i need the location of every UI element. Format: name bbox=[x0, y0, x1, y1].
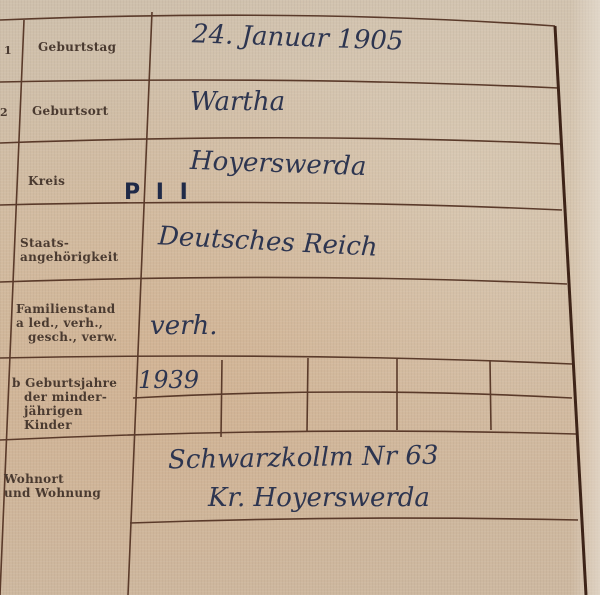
label-marital-line-1: Familienstand bbox=[16, 302, 117, 316]
row-number-2: 2 bbox=[0, 106, 8, 119]
label-citizenship-line-2: angehörigkeit bbox=[20, 250, 118, 264]
label-residence-line-2: und Wohnung bbox=[4, 486, 101, 500]
label-marital-line-2: a led., verh., bbox=[16, 316, 117, 330]
label-birth-place: Geburtsort bbox=[32, 104, 109, 118]
label-children-birth-years: b Geburtsjahre der minder- jährigen Kind… bbox=[12, 376, 117, 432]
ink-stamp-mark: P I I bbox=[124, 180, 192, 205]
value-birth-place: Wartha bbox=[190, 88, 285, 116]
label-children-line-3: jährigen bbox=[12, 404, 117, 418]
label-children-line-4: Kinder bbox=[12, 418, 117, 432]
value-district: Hoyerswerda bbox=[190, 147, 367, 181]
label-district: Kreis bbox=[28, 174, 65, 188]
label-children-line-2: der minder- bbox=[12, 390, 117, 404]
value-marital-status: verh. bbox=[150, 312, 218, 340]
value-child-birth-year-1: 1939 bbox=[138, 366, 199, 394]
label-birth-date: Geburtstag bbox=[38, 40, 116, 54]
label-residence: Wohnort und Wohnung bbox=[4, 472, 101, 500]
label-citizenship: Staats- angehörigkeit bbox=[20, 236, 118, 264]
label-children-line-1: b Geburtsjahre bbox=[12, 376, 117, 390]
value-residence-line-2: Kr. Hoyerswerda bbox=[208, 484, 430, 512]
label-residence-line-1: Wohnort bbox=[4, 472, 101, 486]
value-birth-date: 24. Januar 1905 bbox=[192, 20, 404, 55]
label-citizenship-line-1: Staats- bbox=[20, 236, 118, 250]
label-marital-line-3: gesch., verw. bbox=[16, 330, 117, 344]
value-residence-line-1: Schwarzkollm Nr 63 bbox=[168, 442, 439, 475]
label-marital-status: Familienstand a led., verh., gesch., ver… bbox=[16, 302, 117, 344]
row-number-1: 1 bbox=[4, 44, 12, 57]
